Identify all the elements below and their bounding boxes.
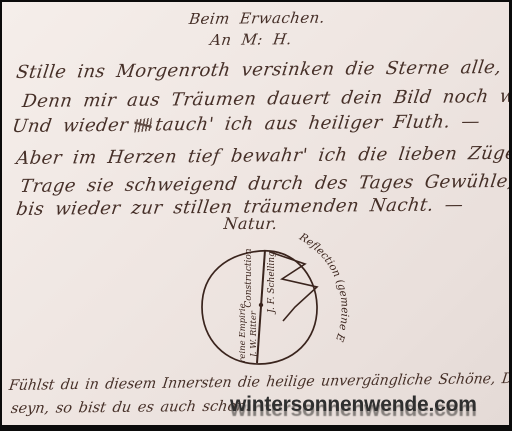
nature-circle-diagram: Construction J. F. Schelling reine Empir… xyxy=(152,220,402,380)
circle-center-dot xyxy=(259,303,263,307)
watermark-text: wintersonnenwende.com xyxy=(230,393,477,417)
caption-line1: Fühlst du in diesem Innersten die heilig… xyxy=(8,370,512,394)
stanza1-line3-before: Und wieder xyxy=(11,115,130,137)
strikethrough-scribble xyxy=(134,118,151,133)
poem-heading-line2: An M: H. xyxy=(209,30,293,49)
stanza2-line2: Trage sie schweigend durch des Tages Gew… xyxy=(19,171,512,197)
label-ritter: J. W. Ritter xyxy=(249,310,259,359)
reflection-zigzag xyxy=(270,252,317,321)
stanza2-line1: Aber im Herzen tief bewahr' ich die lieb… xyxy=(15,143,512,169)
caption-line2: seyn, so bist du es auch schon. xyxy=(10,398,251,417)
stanza1-line2: Denn mir aus Träumen dauert dein Bild no… xyxy=(21,85,512,112)
label-schelling: J. F. Schelling xyxy=(267,251,277,315)
manuscript-scan-page: Beim Erwachen. An M: H. Stille ins Morge… xyxy=(0,0,512,431)
stanza1-line3: Und wiedertauch' ich aus heiliger Fluth.… xyxy=(11,111,481,137)
label-construction: Construction xyxy=(244,248,254,307)
poem-heading-line1: Beim Erwachen. xyxy=(188,9,326,28)
label-reine-empirie: reine Empirie xyxy=(238,303,248,362)
stanza1-line3-after: tauch' ich aus heiliger Fluth. — xyxy=(154,111,481,135)
stanza1-line1: Stille ins Morgenroth versinken die Ster… xyxy=(15,57,503,83)
